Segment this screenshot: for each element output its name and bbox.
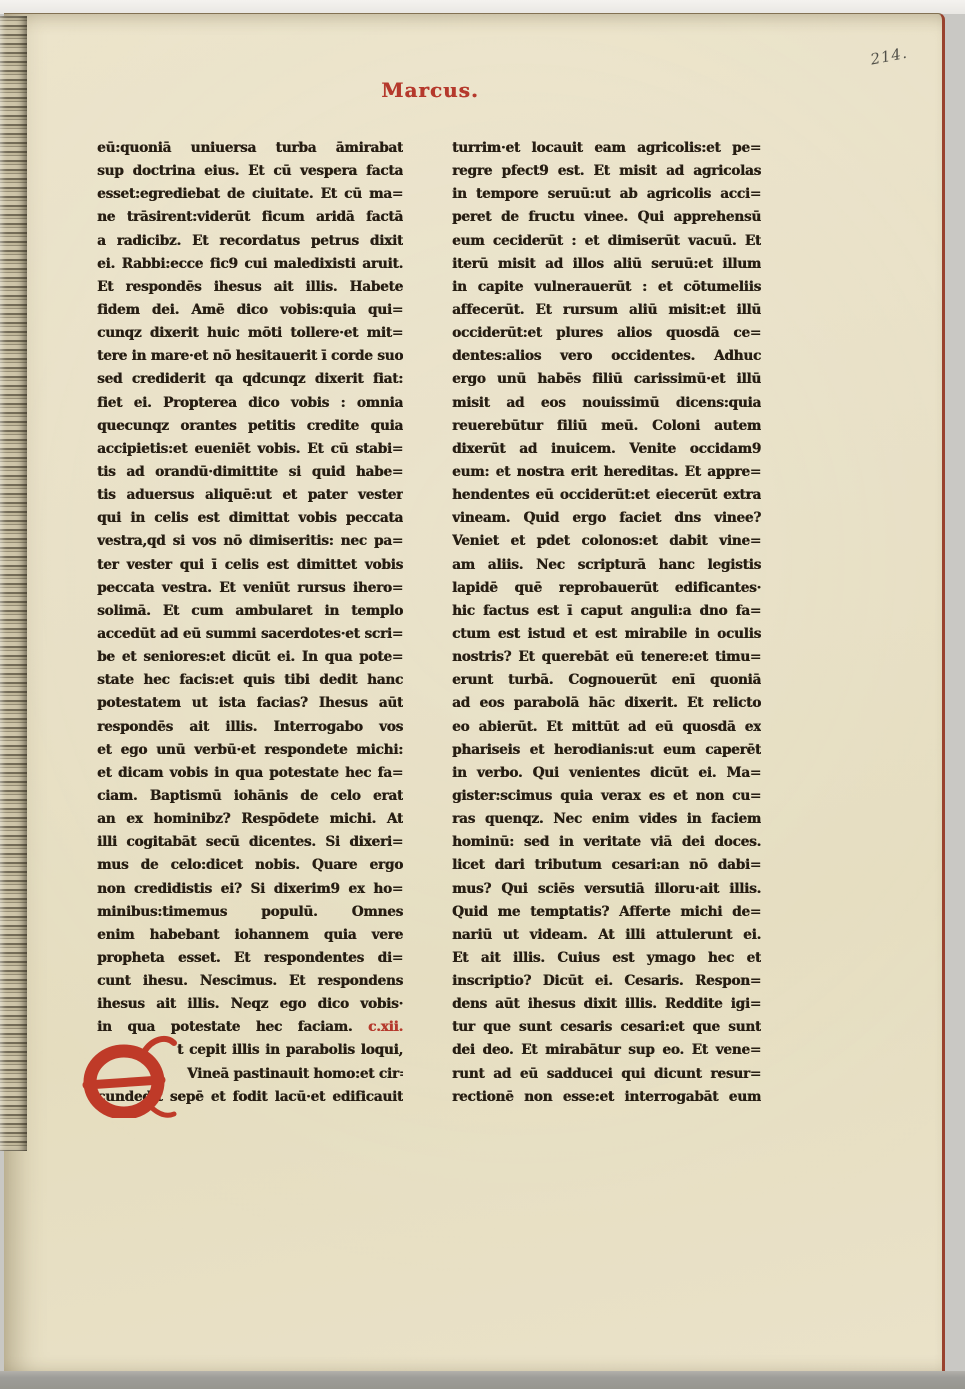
text-line: mus de celo:dicet nobis. Quare ergo <box>97 854 403 877</box>
text-line: iterū misit ad illos aliū seruū:et illum <box>452 253 761 276</box>
text-line: fiet ei. Propterea dico vobis : omnia <box>97 392 403 415</box>
text-line: affecerūt. Et rursum aliū misit:et illū <box>452 299 761 322</box>
text-line: accipietis:et eueniēt vobis. Et cū stabi… <box>97 438 403 461</box>
text-line: peccata vestra. Et veniūt rursus ihero= <box>97 577 403 600</box>
text-line: hendentes eū occiderūt:et eiecerūt extra <box>452 484 761 507</box>
text-line: accedūt ad eū summi sacerdotes·et scri= <box>97 623 403 646</box>
text-line: eum: et nostra erit hereditas. Et appre= <box>452 461 761 484</box>
text-line: respondēs ait illis. Interrogabo vos <box>97 716 403 739</box>
text-line: erunt turbā. Cognouerūt enī quoniā <box>452 669 761 692</box>
text-line: sup doctrina eius. Et cū vespera facta <box>97 160 403 183</box>
text-line: illi cogitabāt secū dicentes. Si dixeri= <box>97 831 403 854</box>
text-line: in verbo. Qui venientes dicūt ei. Ma= <box>452 762 761 785</box>
text-line: ctum est istud et est mirabile in oculis <box>452 623 761 646</box>
chapter-marker: c.xii. <box>352 1019 403 1035</box>
text-line: tere in mare·et nō hesitauerit ī corde s… <box>97 345 403 368</box>
text-line: regre pfect9 est. Et misit ad agricolas <box>452 160 761 183</box>
text-line: quecunqz orantes petitis credite quia <box>97 415 403 438</box>
text-line: fidem dei. Amē dico vobis:quia qui= <box>97 299 403 322</box>
folio-number: 214. <box>869 37 941 68</box>
text-line: vineam. Quid ergo faciet dns vinee? <box>452 507 761 530</box>
running-title: Marcus. <box>330 78 530 102</box>
text-line: misit ad eos nouissimū dicens:quia <box>452 392 761 415</box>
text-line: ras quenqz. Nec enim vides in faciem <box>452 808 761 831</box>
text-line: hic factus est ī caput anguli:a dno fa= <box>452 600 761 623</box>
text-line: cunt ihesu. Nescimus. Et respondens <box>97 970 403 993</box>
text-line: Et ait illis. Cuius est ymago hec et <box>452 947 761 970</box>
text-line: tis ad orandū·dimittite si quid habe= <box>97 461 403 484</box>
text-line: nariū ut videam. At illi attulerunt ei. <box>452 924 761 947</box>
text-line: turrim·et locauit eam agricolis:et pe= <box>452 137 761 160</box>
text-line: ihesus ait illis. Neqz ego dico vobis· <box>97 993 403 1016</box>
text-line: licet dari tributum cesari:an nō dabi= <box>452 854 761 877</box>
text-line: lapidē quē reprobauerūt edificantes· <box>452 577 761 600</box>
text-line: peret de fructu vinee. Qui apprehensū <box>452 206 761 229</box>
text-line: reuerebūtur filiū meū. Coloni autem <box>452 415 761 438</box>
text-line: runt ad eū sadducei qui dicunt resur= <box>452 1063 761 1086</box>
text-line: a radicibz. Et recordatus petrus dixit <box>97 230 403 253</box>
text-line: dei deo. Et mirabātur sup eo. Et vene= <box>452 1039 761 1062</box>
text-line: in tempore seruū:ut ab agricolis acci= <box>452 183 761 206</box>
text-line: sed crediderit qa qdcunqz dixerit fiat: <box>97 368 403 391</box>
manuscript-page: 214. Marcus. eū:quoniā uniuersa turba ām… <box>4 13 945 1374</box>
text-line: qui in celis est dimittat vobis peccata <box>97 507 403 530</box>
text-line-segment: t cepit illis in parabolis loqui, <box>177 1042 403 1058</box>
text-line: gister:scimus quia verax es et non cu= <box>452 785 761 808</box>
text-line: hominū: sed in veritate viā dei doces. <box>452 831 761 854</box>
page-edges-texture <box>0 16 27 1151</box>
table-surface-top <box>0 0 965 14</box>
text-line: Veniet et pdet colonos:et dabit vine= <box>452 530 761 553</box>
text-line: enim habebant iohannem quia vere <box>97 924 403 947</box>
text-line: phariseis et herodianis:ut eum caperēt <box>452 739 761 762</box>
text-line: occiderūt:et plures alios quosdā ce= <box>452 322 761 345</box>
table-surface-bottom <box>0 1371 965 1389</box>
text-line: ei. Rabbi:ecce fic9 cui maledixisti arui… <box>97 253 403 276</box>
text-line: eū:quoniā uniuersa turba āmirabat <box>97 137 403 160</box>
text-line: solimā. Et cum ambularet in templo <box>97 600 403 623</box>
text-line: cunqz dixerit huic mōti tollere·et mit= <box>97 322 403 345</box>
text-line: et dicam vobis in qua potestate hec fa= <box>97 762 403 785</box>
text-column-left: eū:quoniā uniuersa turba āmirabatsup doc… <box>97 137 403 1112</box>
text-line: non credidistis ei? Si dixerim9 ex ho= <box>97 878 403 901</box>
text-line: ergo unū habēs filiū carissimū·et illū <box>452 368 761 391</box>
text-line: eum ceciderūt : et dimiserūt vacuū. Et <box>452 230 761 253</box>
text-line: ne trāsirent:viderūt ficum aridā factā <box>97 206 403 229</box>
text-line: vestra,qd si vos nō dimiseritis: nec pa= <box>97 530 403 553</box>
text-line: Quid me temptatis? Afferte michi de= <box>452 901 761 924</box>
text-line: in capite vulnerauerūt : et cōtumeliis <box>452 276 761 299</box>
text-line: Et respondēs ihesus ait illis. Habete <box>97 276 403 299</box>
text-line: mus? Qui sciēs versutiā illoru·ait illis… <box>452 878 761 901</box>
text-line: be et seniores:et dicūt ei. In qua pote= <box>97 646 403 669</box>
text-line: an ex hominibz? Respōdete michi. At <box>97 808 403 831</box>
text-line: dentes:alios vero occidentes. Adhuc <box>452 345 761 368</box>
text-line: minibus:timemus populū. Omnes <box>97 901 403 924</box>
text-line: et ego unū verbū·et respondete michi: <box>97 739 403 762</box>
text-line: rectionē non esse:et interrogabāt eum <box>452 1086 761 1109</box>
text-line: eo abierūt. Et mittūt ad eū quosdā ex <box>452 716 761 739</box>
text-line: am aliis. Nec scripturā hanc legistis <box>452 554 761 577</box>
text-line: ad eos parabolā hāc dixerit. Et relicto <box>452 692 761 715</box>
text-line: tur que sunt cesaris cesari:et que sunt <box>452 1016 761 1039</box>
text-line: dens aūt ihesus dixit illis. Reddite igi… <box>452 993 761 1016</box>
lombardic-e-icon <box>82 1030 178 1118</box>
text-line: tis aduersus aliquē:ut et pater vester <box>97 484 403 507</box>
text-line: ciam. Baptismū iohānis de celo erat <box>97 785 403 808</box>
text-line: ter vester qui ī celis est dimittet vobi… <box>97 554 403 577</box>
text-column-right: turrim·et locauit eam agricolis:et pe=re… <box>452 137 761 1112</box>
text-line: propheta esset. Et respondentes di= <box>97 947 403 970</box>
text-line: dixerūt ad inuicem. Venite occidam9 <box>452 438 761 461</box>
text-line: esset:egrediebat de ciuitate. Et cū ma= <box>97 183 403 206</box>
text-line: inscriptio? Dicūt ei. Cesaris. Respon= <box>452 970 761 993</box>
drop-cap-initial: E <box>82 1030 178 1118</box>
text-line: nostris? Et querebāt eū tenere:et timu= <box>452 646 761 669</box>
text-line: potestatem ut ista facias? Ihesus aūt <box>97 692 403 715</box>
text-line: state hec facis:et quis tibi dedit hanc <box>97 669 403 692</box>
